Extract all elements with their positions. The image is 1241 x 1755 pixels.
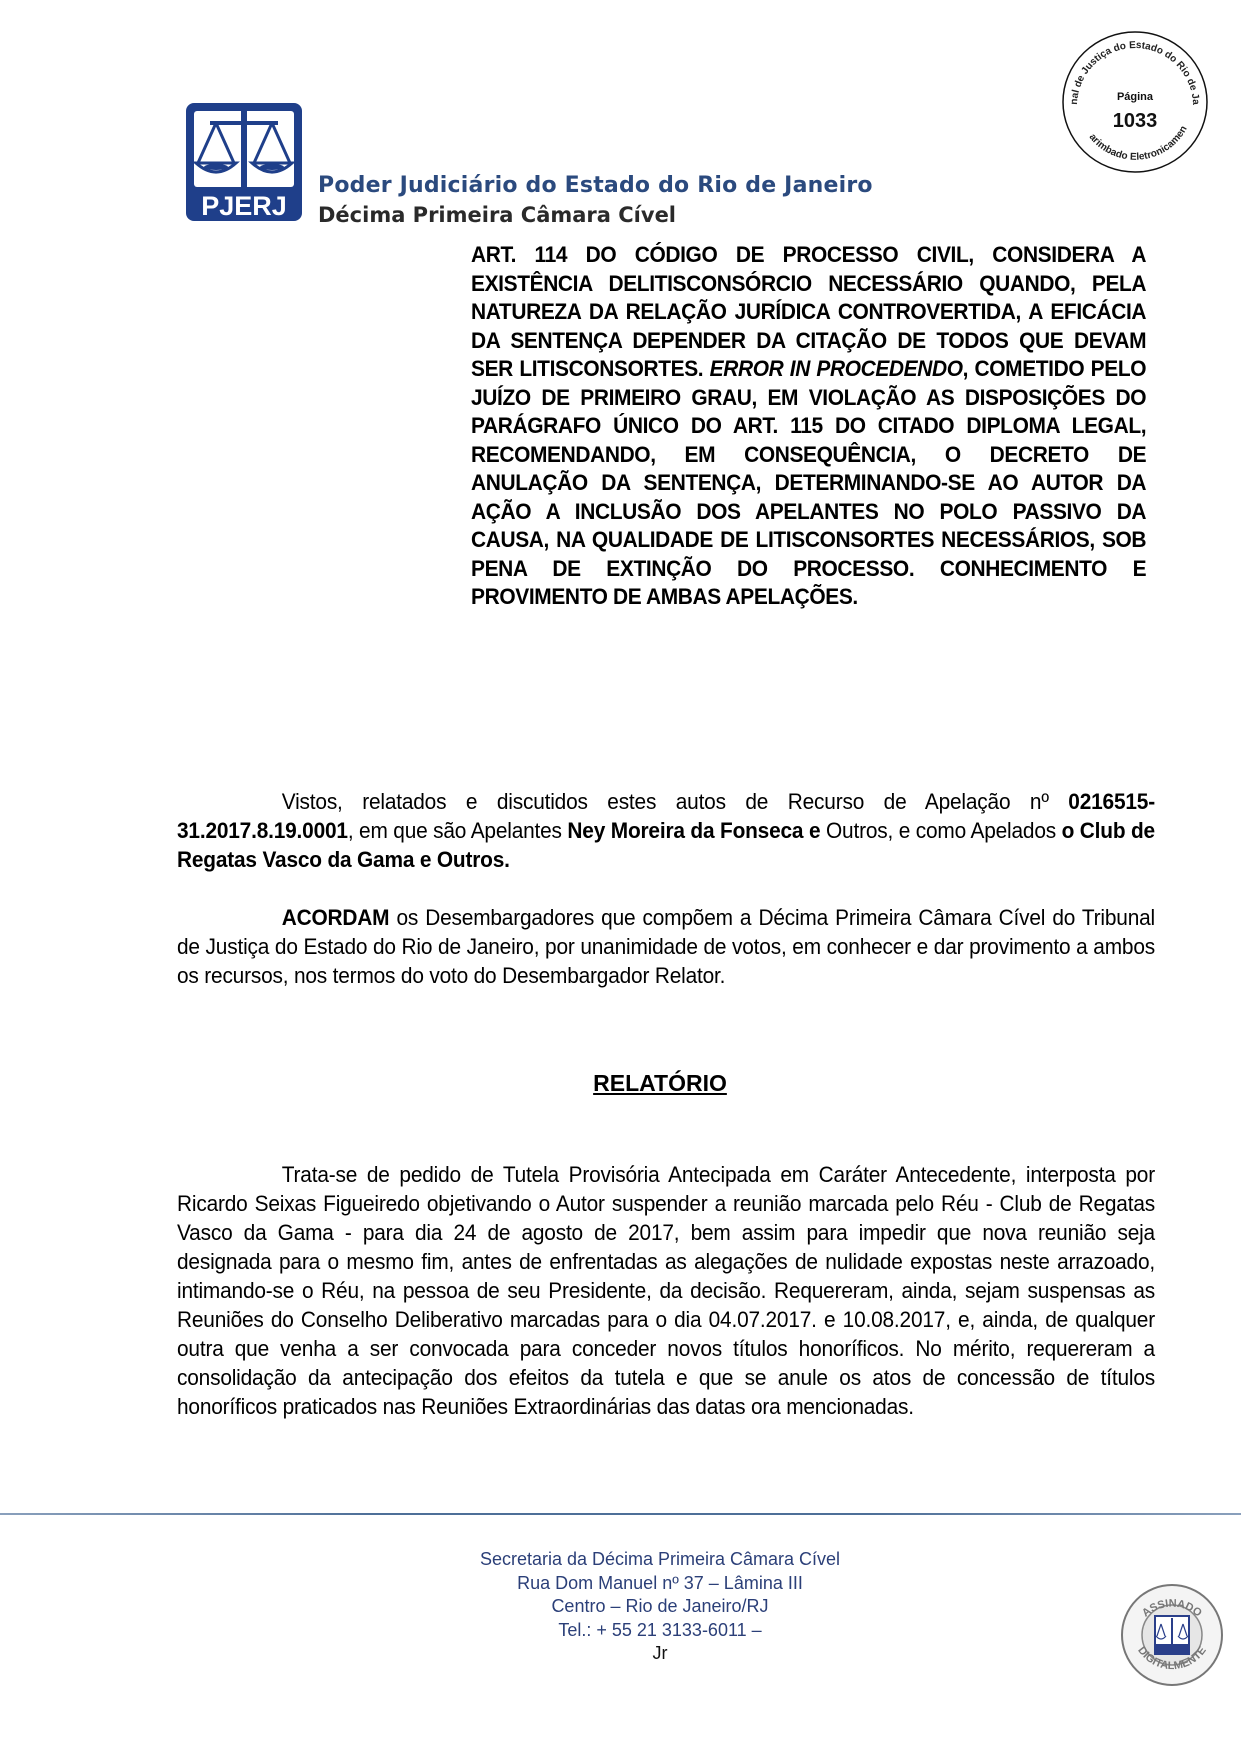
footer-line-2: Rua Dom Manuel nº 37 – Lâmina III — [0, 1572, 1241, 1596]
acordam-paragraph: ACORDAM os Desembargadores que compõem a… — [177, 903, 1155, 990]
footer-line-3: Centro – Rio de Janeiro/RJ — [0, 1595, 1241, 1619]
appellants: Ney Moreira da Fonseca e — [567, 818, 820, 843]
relatorio-paragraph: Trata-se de pedido de Tutela Provisória … — [177, 1160, 1155, 1421]
footer-divider — [0, 1513, 1241, 1515]
organization-name: Poder Judiciário do Estado do Rio de Jan… — [318, 173, 873, 198]
stamp-ring-icon: Tribunal de Justiça do Estado do Rio de … — [1055, 28, 1215, 178]
ementa-text-2: , COMETIDO PELO JUÍZO DE PRIMEIRO GRAU, … — [471, 356, 1146, 609]
footer-initials: Jr — [0, 1642, 1241, 1666]
ementa-block: ART. 114 DO CÓDIGO DE PROCESSO CIVIL, CO… — [471, 241, 1146, 612]
digital-signature-seal: ASSINADO DIGITALMENTE — [1117, 1578, 1227, 1688]
footer-line-1: Secretaria da Décima Primeira Câmara Cív… — [0, 1548, 1241, 1572]
page-number: 1033 — [1055, 110, 1215, 133]
page-stamp: Tribunal de Justiça do Estado do Rio de … — [1055, 28, 1215, 178]
stamp-label: Página — [1055, 91, 1215, 103]
scales-of-justice-icon: PJERJ — [184, 101, 304, 223]
svg-text:PJERJ: PJERJ — [201, 191, 287, 221]
footer-address: Secretaria da Décima Primeira Câmara Cív… — [0, 1548, 1241, 1666]
chamber-name: Décima Primeira Câmara Cível — [318, 203, 676, 227]
ementa-italic: ERROR IN PROCEDENDO — [710, 356, 963, 381]
section-title-relatorio: RELATÓRIO — [0, 1070, 1241, 1097]
acordam-lead: ACORDAM — [282, 905, 390, 930]
pjerj-logo: PJERJ — [184, 101, 304, 223]
vistos-paragraph: Vistos, relatados e discutidos estes aut… — [177, 787, 1155, 874]
seal-icon: ASSINADO DIGITALMENTE — [1117, 1578, 1227, 1688]
footer-line-4: Tel.: + 55 21 3133-6011 – — [0, 1619, 1241, 1643]
